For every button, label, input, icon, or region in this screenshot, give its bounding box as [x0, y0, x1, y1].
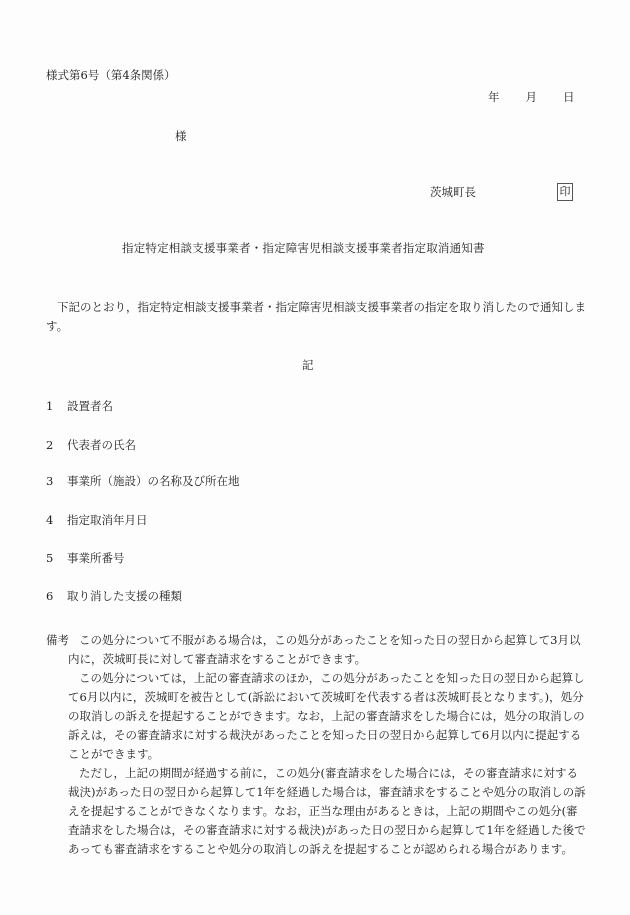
item-3: 3事業所（施設）の名称及び所在地 — [46, 476, 240, 488]
item-label: 指定取消年月日 — [67, 513, 148, 527]
item-label: 設置者名 — [67, 399, 113, 413]
intro-paragraph: 下記のとおり，指定特定相談支援事業者・指定障害児相談支援事業者の指定を取り消した… — [46, 298, 586, 336]
item-number: 5 — [46, 553, 67, 565]
remarks-label: 備考 — [46, 631, 69, 650]
issuer-name: 茨城町長 — [430, 187, 476, 199]
date-line: 年月日 — [488, 92, 575, 104]
item-1: 1設置者名 — [46, 401, 113, 413]
date-day: 日 — [563, 92, 575, 104]
ki-heading: 記 — [302, 360, 314, 372]
remarks-paragraph-1: この処分について不服がある場合は，この処分があったことを知った日の翌日から起算し… — [68, 631, 586, 669]
item-number: 3 — [46, 476, 67, 488]
item-number: 2 — [46, 440, 67, 452]
date-year: 年 — [488, 92, 500, 104]
remarks-paragraph-2: この処分については，上記の審査請求のほか，この処分があったことを知った日の翌日か… — [68, 669, 586, 764]
document-title: 指定特定相談支援事業者・指定障害児相談支援事業者指定取消通知書 — [122, 243, 485, 255]
item-label: 取り消した支援の種類 — [67, 589, 182, 603]
item-number: 6 — [46, 591, 67, 603]
remarks-paragraph-3: ただし，上記の期間が経過する前に，この処分(審査請求をした場合には，その審査請求… — [68, 764, 586, 859]
item-label: 事業所（施設）の名称及び所在地 — [67, 474, 240, 488]
seal-mark: 印 — [557, 183, 573, 201]
item-6: 6取り消した支援の種類 — [46, 591, 182, 603]
item-label: 代表者の氏名 — [67, 438, 136, 452]
item-4: 4指定取消年月日 — [46, 515, 148, 527]
item-number: 1 — [46, 401, 67, 413]
remarks-section: 備考 この処分について不服がある場合は，この処分があったことを知った日の翌日から… — [46, 631, 586, 859]
date-month: 月 — [526, 92, 538, 104]
form-number: 様式第6号（第4条関係） — [46, 70, 176, 82]
item-number: 4 — [46, 515, 67, 527]
item-2: 2代表者の氏名 — [46, 440, 136, 452]
addressee-suffix: 様 — [175, 131, 187, 143]
item-label: 事業所番号 — [67, 551, 125, 565]
item-5: 5事業所番号 — [46, 553, 125, 565]
